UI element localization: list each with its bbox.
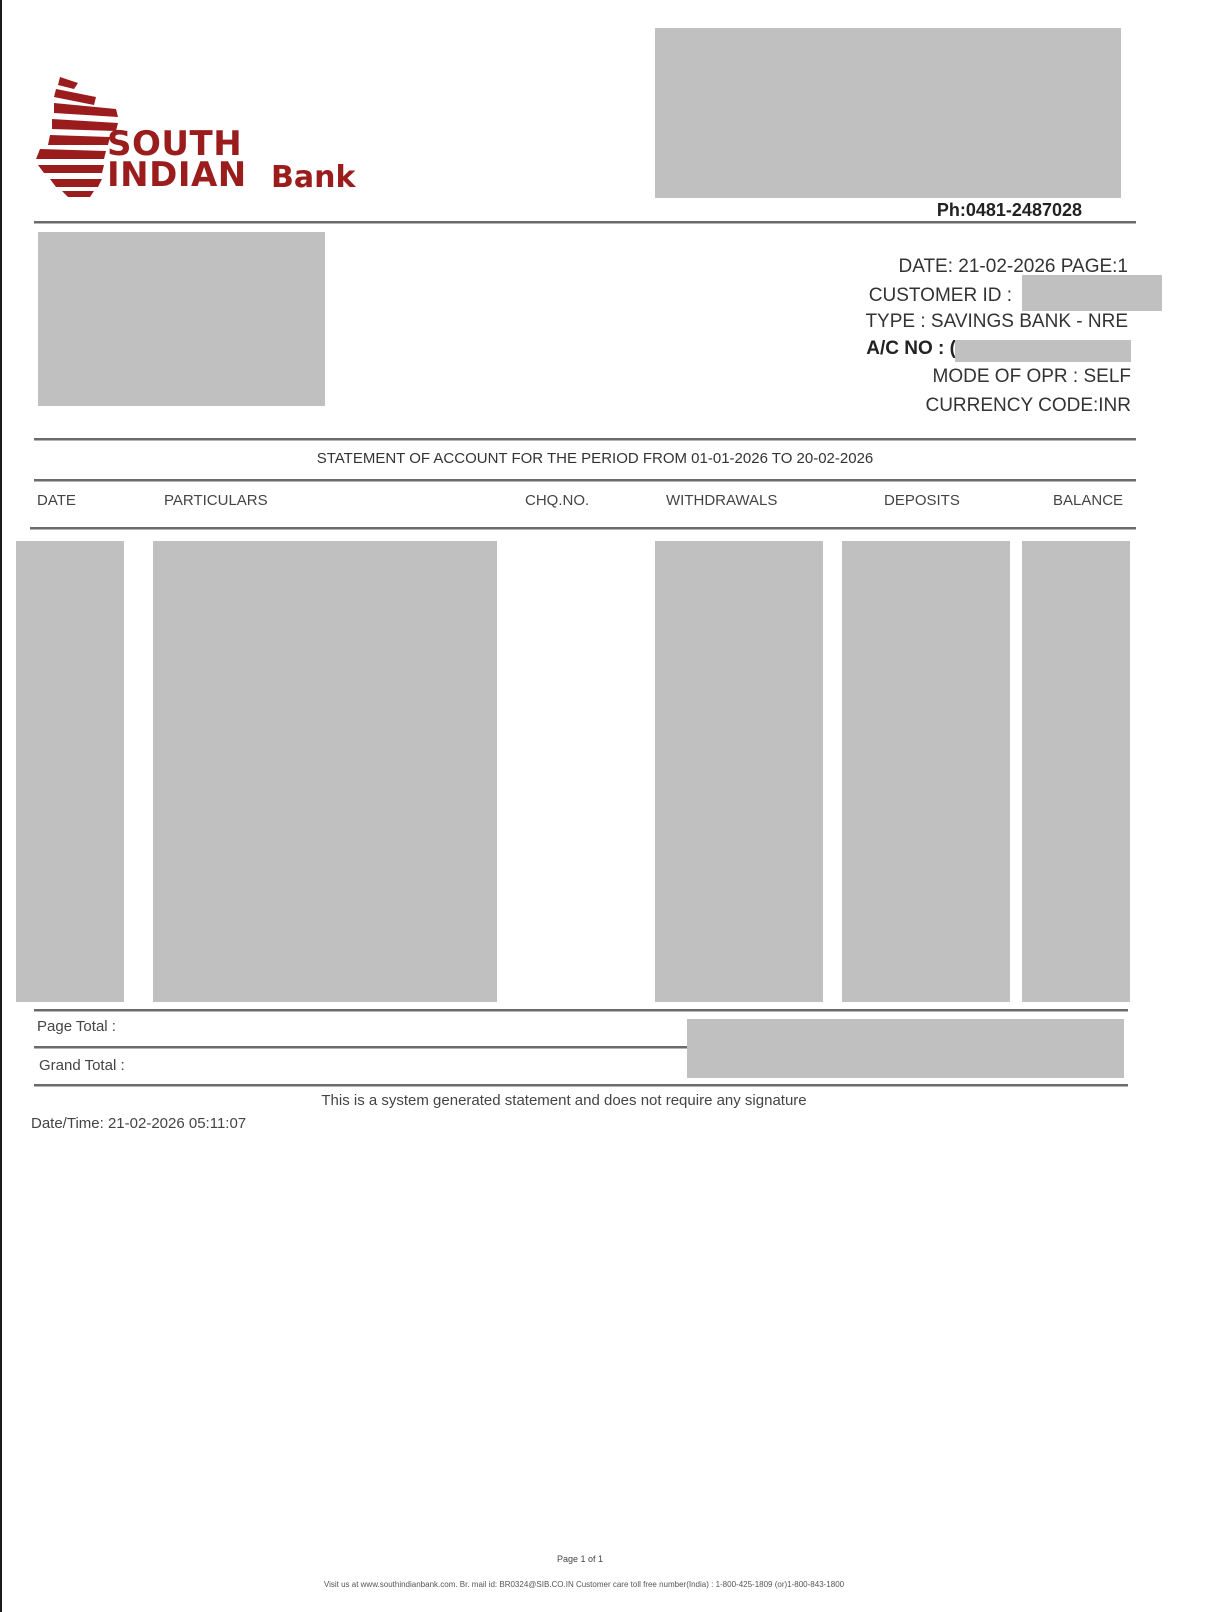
redacted-branch-address (655, 28, 1121, 198)
generated-datetime: Date/Time: 21-02-2026 05:11:07 (31, 1115, 246, 1132)
redacted-balance-column (1022, 541, 1130, 1002)
branch-phone: Ph:0481-2487028 (937, 200, 1082, 221)
column-header-withdrawals: WITHDRAWALS (666, 492, 777, 509)
account-number-label: A/C NO : ( (866, 338, 956, 360)
logo-text-indian: INDIAN (107, 158, 247, 192)
redacted-particulars-column (153, 541, 497, 1002)
redacted-dates-column (16, 541, 124, 1002)
logo-text-bank: Bank (271, 163, 355, 193)
account-type: TYPE : SAVINGS BANK - NRE (865, 311, 1128, 333)
totals-bottom-divider (34, 1084, 1128, 1087)
column-header-particulars: PARTICULARS (164, 492, 268, 509)
header-divider (34, 221, 1136, 224)
page-number: Page 1 of 1 (0, 1554, 1160, 1564)
page-total-label: Page Total : (37, 1018, 116, 1035)
statement-period-title: STATEMENT OF ACCOUNT FOR THE PERIOD FROM… (0, 450, 1190, 467)
system-generated-note: This is a system generated statement and… (0, 1092, 1128, 1109)
footer-contact-info: Visit us at www.southindianbank.com. Br.… (0, 1580, 1168, 1589)
mode-of-operation: MODE OF OPR : SELF (933, 366, 1131, 388)
redacted-account-number (955, 340, 1131, 362)
column-header-top-divider (34, 479, 1136, 482)
totals-top-divider (34, 1009, 1128, 1012)
redacted-customer-address (38, 232, 325, 406)
grand-total-label: Grand Total : (39, 1057, 125, 1074)
redacted-totals-values (687, 1019, 1124, 1078)
column-header-balance: BALANCE (1053, 492, 1123, 509)
currency-code: CURRENCY CODE:INR (925, 395, 1131, 417)
column-header-deposits: DEPOSITS (884, 492, 960, 509)
redacted-deposits-column (842, 541, 1010, 1002)
column-header-chq-no: CHQ.NO. (525, 492, 589, 509)
period-top-divider (34, 438, 1136, 441)
page-edge (0, 0, 2, 1612)
column-header-date: DATE (37, 492, 76, 509)
column-header-bottom-divider (30, 527, 1136, 530)
bank-logo: SOUTH INDIAN Bank (34, 75, 364, 200)
customer-id-label: CUSTOMER ID : (869, 285, 1012, 307)
redacted-withdrawals-column (655, 541, 823, 1002)
totals-middle-divider (34, 1046, 694, 1049)
redacted-customer-id (1022, 275, 1162, 311)
